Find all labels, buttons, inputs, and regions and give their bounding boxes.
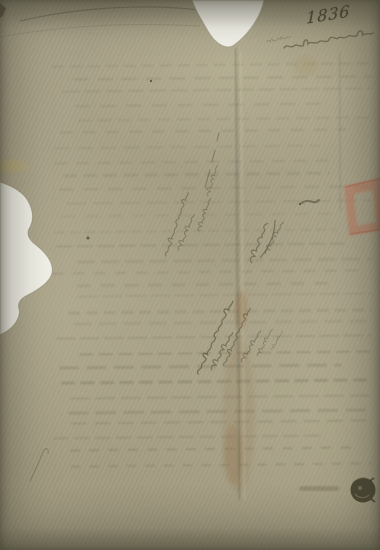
handwriting-docket-top-right [267,29,374,49]
dark-edge-chip [0,3,6,18]
archive-emblem-icon [351,478,376,503]
manuscript-photo: 1836 [0,0,380,550]
smudged-caption [299,486,339,491]
ink-specks [87,13,380,240]
ink-dash-mark [302,200,319,203]
pen-hook-mark [30,449,48,481]
seal-trace [344,178,380,236]
torn-hole-left [0,182,52,335]
handwriting-signature-flourish [247,217,284,266]
handwriting-registry-note-upper [161,133,219,256]
marks-overlay [0,0,380,550]
torn-notch-top [192,0,264,47]
creases [0,7,341,500]
